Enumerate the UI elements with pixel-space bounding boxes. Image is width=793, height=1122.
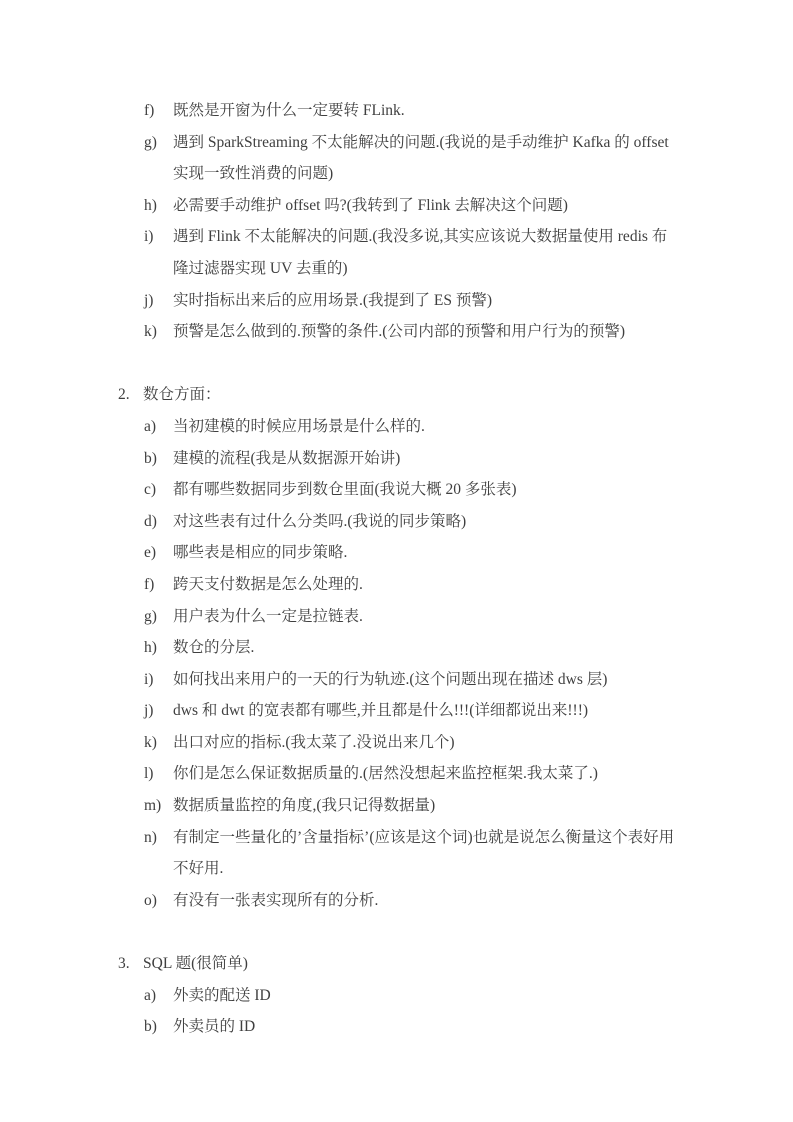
list-item: e)哪些表是相应的同步策略. — [144, 537, 676, 569]
list-item-marker: f) — [144, 569, 173, 601]
list-item-marker: i) — [144, 664, 173, 696]
list-item: h)数仓的分层. — [144, 632, 676, 664]
list-item: l)你们是怎么保证数据质量的.(居然没想起来监控框架.我太菜了.) — [144, 758, 676, 790]
list-item: f)跨天支付数据是怎么处理的. — [144, 569, 676, 601]
list-item-text: 用户表为什么一定是拉链表. — [173, 601, 676, 633]
list-item-text: 数仓的分层. — [173, 632, 676, 664]
list-item: k)预警是怎么做到的.预警的条件.(公司内部的预警和用户行为的预警) — [144, 316, 676, 348]
list-item-marker: a) — [144, 411, 173, 443]
list-item-marker: l) — [144, 758, 173, 790]
list-item-marker: h) — [144, 632, 173, 664]
list-item: j)dws 和 dwt 的宽表都有哪些,并且都是什么!!!(详细都说出来!!!) — [144, 695, 676, 727]
list-item-text: 外卖的配送 ID — [173, 980, 676, 1012]
list-item: j)实时指标出来后的应用场景.(我提到了 ES 预警) — [144, 285, 676, 317]
list-item-text: 出口对应的指标.(我太菜了.没说出来几个) — [173, 727, 676, 759]
list-item: f)既然是开窗为什么一定要转 FLink. — [144, 95, 676, 127]
list-item-marker: m) — [144, 790, 173, 822]
section-number: 2. — [118, 379, 143, 411]
list-item-marker: h) — [144, 190, 173, 222]
list-item-text: 既然是开窗为什么一定要转 FLink. — [173, 95, 676, 127]
list-item-text: 遇到 Flink 不太能解决的问题.(我没多说,其实应该说大数据量使用 redi… — [173, 221, 676, 284]
list-item-text: 数据质量监控的角度,(我只记得数据量) — [173, 790, 676, 822]
section-title: 数仓方面： — [143, 379, 676, 411]
list-item: c)都有哪些数据同步到数仓里面(我说大概 20 多张表) — [144, 474, 676, 506]
list-item-marker: k) — [144, 727, 173, 759]
list-item: d)对这些表有过什么分类吗.(我说的同步策略) — [144, 506, 676, 538]
list-item-text: dws 和 dwt 的宽表都有哪些,并且都是什么!!!(详细都说出来!!!) — [173, 695, 676, 727]
list-item-text: 有制定一些量化的’含量指标’(应该是这个词)也就是说怎么衡量这个表好用不好用. — [173, 822, 676, 885]
list-item-text: 你们是怎么保证数据质量的.(居然没想起来监控框架.我太菜了.) — [173, 758, 676, 790]
list-item-marker: f) — [144, 95, 173, 127]
list-item-text: 如何找出来用户的一天的行为轨迹.(这个问题出现在描述 dws 层) — [173, 664, 676, 696]
list-item-text: 建模的流程(我是从数据源开始讲) — [173, 443, 676, 475]
list-item-text: 都有哪些数据同步到数仓里面(我说大概 20 多张表) — [173, 474, 676, 506]
list-item: h)必需要手动维护 offset 吗?(我转到了 Flink 去解决这个问题) — [144, 190, 676, 222]
section-number: 3. — [118, 948, 143, 980]
list-item-marker: e) — [144, 537, 173, 569]
list-item-marker: j) — [144, 695, 173, 727]
list-item-marker: d) — [144, 506, 173, 538]
list-item-text: 当初建模的时候应用场景是什么样的. — [173, 411, 676, 443]
list-item-text: 实时指标出来后的应用场景.(我提到了 ES 预警) — [173, 285, 676, 317]
list-item: a)外卖的配送 ID — [144, 980, 676, 1012]
list-item-marker: i) — [144, 221, 173, 284]
list-item: k)出口对应的指标.(我太菜了.没说出来几个) — [144, 727, 676, 759]
list-item: m)数据质量监控的角度,(我只记得数据量) — [144, 790, 676, 822]
list-item-text: 外卖员的 ID — [173, 1011, 676, 1043]
list-item-marker: j) — [144, 285, 173, 317]
list-item: b)建模的流程(我是从数据源开始讲) — [144, 443, 676, 475]
section-heading: 2.数仓方面： — [118, 379, 676, 411]
document-page: f)既然是开窗为什么一定要转 FLink.g)遇到 SparkStreaming… — [0, 0, 793, 1122]
list-item-marker: k) — [144, 316, 173, 348]
list-item-marker: n) — [144, 822, 173, 885]
list-item: a)当初建模的时候应用场景是什么样的. — [144, 411, 676, 443]
list-item-text: 哪些表是相应的同步策略. — [173, 537, 676, 569]
list-item: g)遇到 SparkStreaming 不太能解决的问题.(我说的是手动维护 K… — [144, 127, 676, 190]
list-item-text: 有没有一张表实现所有的分析. — [173, 885, 676, 917]
list-item-marker: g) — [144, 127, 173, 190]
list-item-text: 对这些表有过什么分类吗.(我说的同步策略) — [173, 506, 676, 538]
list-item: g)用户表为什么一定是拉链表. — [144, 601, 676, 633]
list-item: o)有没有一张表实现所有的分析. — [144, 885, 676, 917]
document-content: f)既然是开窗为什么一定要转 FLink.g)遇到 SparkStreaming… — [0, 0, 793, 1043]
section-title: SQL 题(很简单) — [143, 948, 676, 980]
list-item-marker: g) — [144, 601, 173, 633]
list-item: b)外卖员的 ID — [144, 1011, 676, 1043]
list-item-marker: b) — [144, 1011, 173, 1043]
list-item-text: 跨天支付数据是怎么处理的. — [173, 569, 676, 601]
list-item: i)遇到 Flink 不太能解决的问题.(我没多说,其实应该说大数据量使用 re… — [144, 221, 676, 284]
list-item-text: 必需要手动维护 offset 吗?(我转到了 Flink 去解决这个问题) — [173, 190, 676, 222]
list-item-text: 遇到 SparkStreaming 不太能解决的问题.(我说的是手动维护 Kaf… — [173, 127, 676, 190]
list-item-marker: c) — [144, 474, 173, 506]
list-item: i)如何找出来用户的一天的行为轨迹.(这个问题出现在描述 dws 层) — [144, 664, 676, 696]
list-item-text: 预警是怎么做到的.预警的条件.(公司内部的预警和用户行为的预警) — [173, 316, 676, 348]
list-item-marker: o) — [144, 885, 173, 917]
list-item-marker: a) — [144, 980, 173, 1012]
list-item: n)有制定一些量化的’含量指标’(应该是这个词)也就是说怎么衡量这个表好用不好用… — [144, 822, 676, 885]
section-heading: 3.SQL 题(很简单) — [118, 948, 676, 980]
list-item-marker: b) — [144, 443, 173, 475]
